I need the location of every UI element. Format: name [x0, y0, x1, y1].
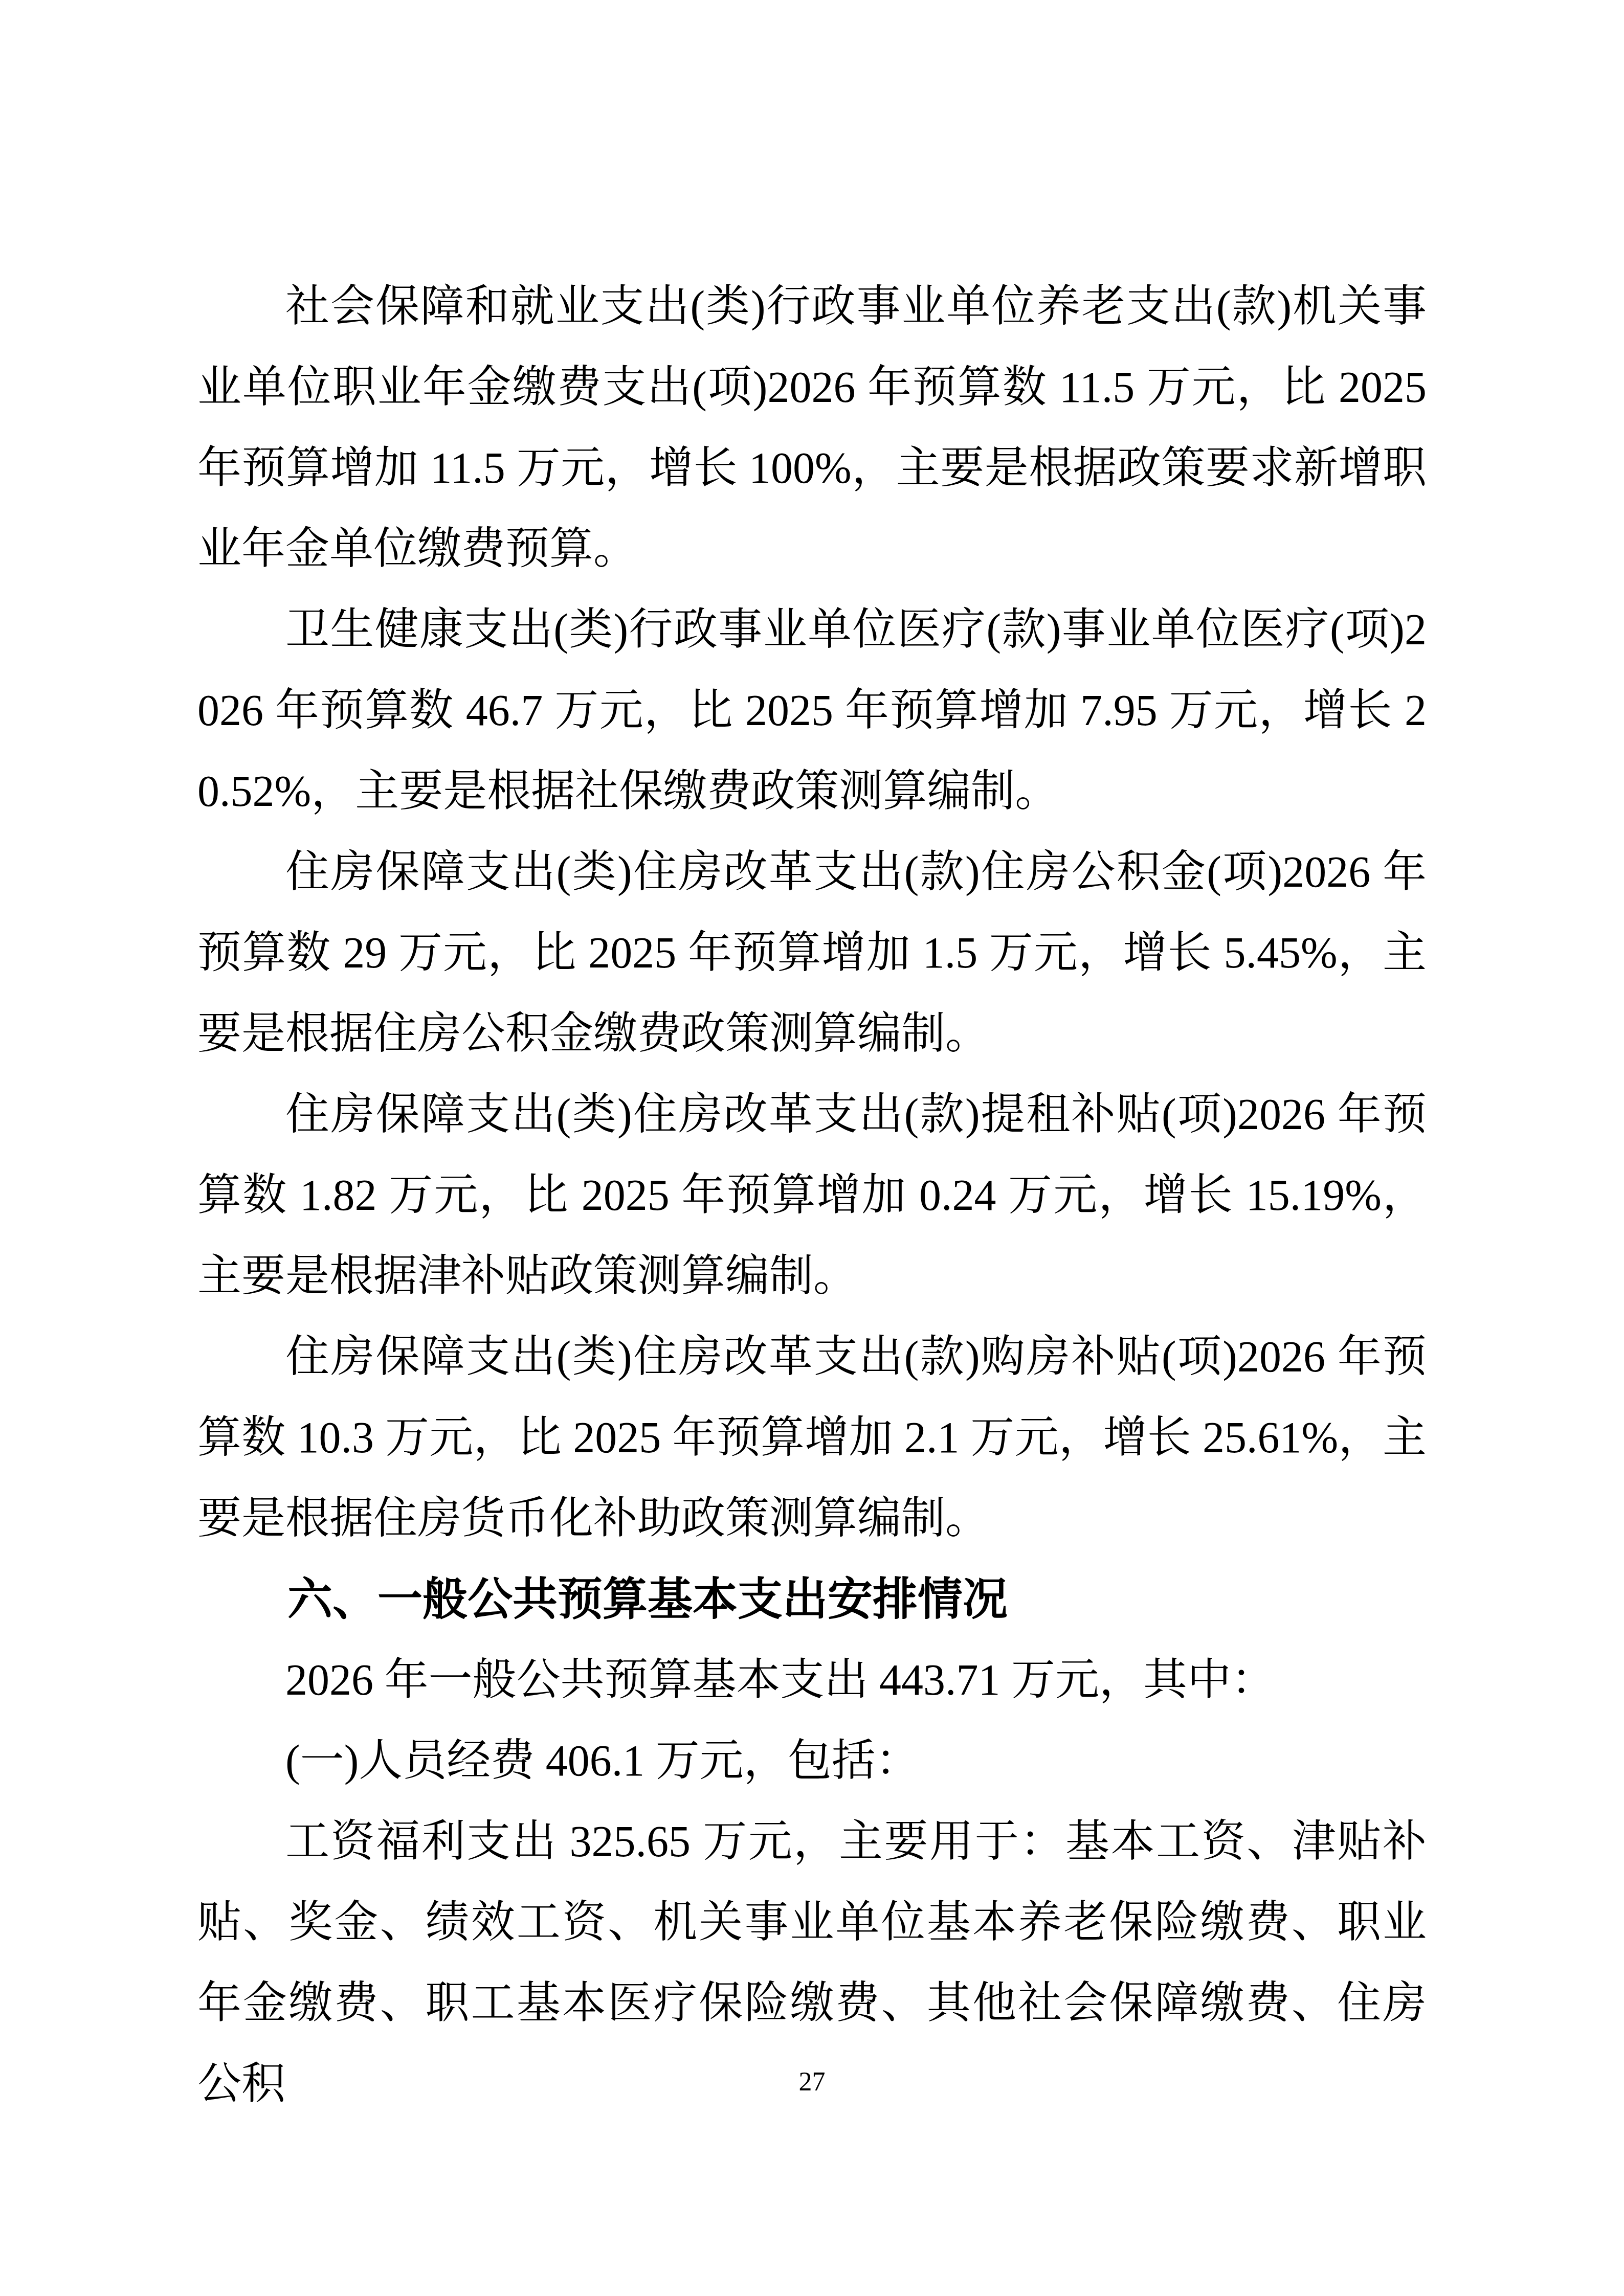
paragraph-health-expenditure: 卫生健康支出(类)行政事业单位医疗(款)事业单位医疗(项)2026 年预算数 4…: [197, 589, 1427, 831]
section-heading-basic-expenditure: 六、一般公共预算基本支出安排情况: [197, 1559, 1427, 1639]
document-page: 社会保障和就业支出(类)行政事业单位养老支出(款)机关事业单位职业年金缴费支出(…: [0, 0, 1624, 2296]
paragraph-rent-subsidy: 住房保障支出(类)住房改革支出(款)提租补贴(项)2026 年预算数 1.82 …: [197, 1074, 1427, 1316]
paragraph-house-purchase-subsidy: 住房保障支出(类)住房改革支出(款)购房补贴(项)2026 年预算数 10.3 …: [197, 1316, 1427, 1559]
paragraph-personnel-funds: (一)人员经费 406.1 万元，包括：: [197, 1720, 1427, 1801]
paragraph-housing-fund: 住房保障支出(类)住房改革支出(款)住房公积金(项)2026 年预算数 29 万…: [197, 831, 1427, 1074]
document-body: 社会保障和就业支出(类)行政事业单位养老支出(款)机关事业单位职业年金缴费支出(…: [197, 266, 1427, 2124]
page-number: 27: [799, 2067, 826, 2097]
page-footer: 27: [0, 2067, 1624, 2097]
paragraph-basic-expenditure-total: 2026 年一般公共预算基本支出 443.71 万元，其中：: [197, 1639, 1427, 1720]
paragraph-social-security-pension: 社会保障和就业支出(类)行政事业单位养老支出(款)机关事业单位职业年金缴费支出(…: [197, 266, 1427, 589]
